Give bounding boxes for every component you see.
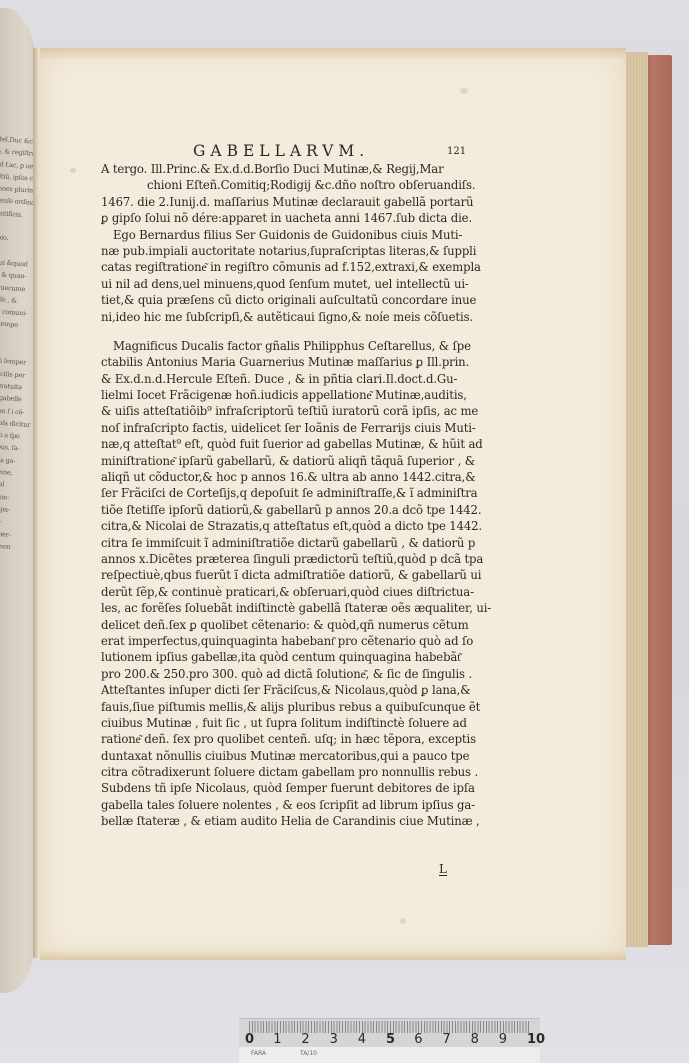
facing-page-line: ue. Ergo pa- xyxy=(0,501,12,516)
ruler-number: 5 xyxy=(386,1032,395,1047)
text-line: lutionem ipſius gabellæ,ita quòd centum … xyxy=(101,649,496,665)
facing-page-line: ab . & quan- xyxy=(0,268,28,283)
text-line: Magnificus Ducalis factor gñalis Philipp… xyxy=(101,338,496,354)
text-line: næ pub.impiali auctoritate notarius,ſupr… xyxy=(101,243,496,259)
text-line: ciuibus Mutinæ , fuit ſic , ut ſupra ſol… xyxy=(101,715,496,731)
facing-page: ſtel.Duc &c.ꝑ, & regiſtra-ad f.ac, ꝑ uer… xyxy=(0,8,36,993)
ruler-brand: FARA xyxy=(251,1050,266,1057)
text-line: aliqñ ut cõductor,& hoc p annos 16.& ult… xyxy=(101,469,496,485)
text-line: ratione͂ deñ. ſex pro quolibet centeñ. u… xyxy=(101,731,496,747)
facing-page-line: uuelia ter- xyxy=(0,562,8,577)
text-line: reſpectiuè,qbus fuerũt ĩ dicta admiſtrat… xyxy=(101,567,496,583)
text-line: catas regiſtratione͂ in regiſtro cõmunis… xyxy=(101,259,496,275)
facing-page-line: numeroſa dicitur xyxy=(0,415,18,430)
facing-page-line: ſuis uiciſis per xyxy=(0,366,22,381)
facing-page-line xyxy=(0,587,6,602)
text-line: næ,q atteſtat⁹ eſt, quòd fuit ſuerior ad… xyxy=(101,436,496,452)
text-line: annos x.Dicẽtes præterea ſinguli prædict… xyxy=(101,551,496,567)
ruler-label-strip xyxy=(239,1047,540,1063)
text-line: & Ex.d.n.d.Hercule Eſteñ. Duce , & in pñ… xyxy=(101,371,496,387)
text-line: A tergo. Ill.Princ.& Ex.d.d.Borſio Duci … xyxy=(101,161,496,177)
facing-page-line: uno ſol xyxy=(0,575,7,590)
ruler-number: 6 xyxy=(414,1032,422,1047)
running-head: GABELLARVM. xyxy=(193,142,369,160)
ruler-number: 3 xyxy=(330,1032,338,1047)
facing-page-line: 1464. xyxy=(0,599,5,614)
text-line: ctabilis Antonius Maria Guarnerius Mutin… xyxy=(101,354,496,370)
facing-page-line: debitũ ſemper xyxy=(0,354,22,369)
facing-page-line: uno tempo xyxy=(0,317,25,332)
text-line: citra ſe immiſcuit ĩ adminiſtratiõe dict… xyxy=(101,535,496,551)
ruler-number: 8 xyxy=(471,1032,479,1047)
foxing-spot xyxy=(70,168,76,173)
text-line: duntaxat nõnullis ciuibus Mutinæ mercato… xyxy=(101,748,496,764)
facing-page-line: ago dicta ga- xyxy=(0,452,16,467)
text-line: noſ infraſcripto factis, uidelicet ſer I… xyxy=(101,420,496,436)
ruler-number: 4 xyxy=(358,1032,366,1047)
text-line: tiõe ſtetiſſe ipſorũ datiorũ,& gabellarũ… xyxy=(101,502,496,518)
text-line: & uiſis atteſtatiõib⁹ infraſcriptorũ teſ… xyxy=(101,403,496,419)
facing-page-line: o ſue ſi con- xyxy=(0,489,13,504)
text-line: chioni Eſteñ.Comitiq;Rodigij &c.dño noſt… xyxy=(101,177,496,193)
bottom-edge-stain xyxy=(40,950,626,960)
body-text: A tergo. Ill.Princ.& Ex.d.d.Borſio Duci … xyxy=(101,161,496,830)
text-line: derũt ſẽp,& continuè praticari,& obſerua… xyxy=(101,584,496,600)
facing-page-line: o per ornne, xyxy=(0,464,15,479)
page-number: 121 xyxy=(447,146,466,157)
text-line: ſer Frãciſci de Corteſijs,q depoſuit ſe … xyxy=(101,485,496,501)
text-line: erat imperfectus,quinquaginta habebant͂ … xyxy=(101,633,496,649)
text-line: les, ac forẽſes ſoluebãt indiſtinctè gab… xyxy=(101,600,496,616)
ruler-number: 9 xyxy=(499,1032,507,1047)
text-line: lielmi Iocet Frãcigenæ hoñ.iudicis appel… xyxy=(101,387,496,403)
scale-ruler: 012345678910 FARA TA/10 xyxy=(239,1018,540,1063)
foxing-spot xyxy=(460,88,468,94)
facing-page-line: tergo: xyxy=(0,624,4,639)
text-line: bellæ ſtateræ , & etiam audito Helia de … xyxy=(101,813,496,829)
text-line: tiet,& quia præſens cũ dicto originali a… xyxy=(101,292,496,308)
paragraph-break xyxy=(101,325,496,338)
text-line: delicet deñ.ſex ꝑ quolibet cẽtenario: & … xyxy=(101,617,496,633)
facing-page-line: ſelle non ſ i cõ- xyxy=(0,403,19,418)
facing-page-text: ſtel.Duc &c.ꝑ, & regiſtra-ad f.ac, ꝑ uer… xyxy=(0,133,36,639)
text-line: ni,ideo hic me ſubſcripſi,& autẽticaui ſ… xyxy=(101,309,496,325)
text-line: gabella tales ſoluere nolentes , & eos ſ… xyxy=(101,797,496,813)
ruler-number: 1 xyxy=(273,1032,281,1047)
text-line: citra,& Nicolai de Strazatis,q atteſtatu… xyxy=(101,518,496,534)
text-line: ꝑ gipſo ſolui nõ dére:apparet in uacheta… xyxy=(101,210,496,226)
text-line: pro 200.& 250.pro 300. quò ad dictã ſolu… xyxy=(101,666,496,682)
ruler-number: 10 xyxy=(527,1032,545,1047)
facing-page-line: ſtipio. xyxy=(0,231,31,246)
text-line: citra cõtradixerunt ſoluere dictam gabel… xyxy=(101,764,496,780)
ruler-number: 2 xyxy=(301,1032,309,1047)
ruler-number: 7 xyxy=(442,1032,450,1047)
ruler-code: TA/10 xyxy=(300,1050,317,1057)
foxing-spot xyxy=(400,918,406,924)
facing-page-line: ella , gratuita xyxy=(0,378,21,393)
text-line: Atteſtantes inſuper dicti ſer Frãciſcus,… xyxy=(101,682,496,698)
facing-page-line: ndem gabelle xyxy=(0,391,20,406)
text-line: fauis,ſiue piſtumis mellis,& alijs pluri… xyxy=(101,699,496,715)
text-line: Ego Bernardus filius Ser Guidonis de Gui… xyxy=(101,227,496,243)
text-line: ui nil ad dens,uel minuens,quod ſenſum m… xyxy=(101,276,496,292)
facing-page-line: ſufficient non xyxy=(0,538,10,553)
facing-page-line: ue ciuibus, ſa- xyxy=(0,440,16,455)
text-line: Subdens tñ ipſe Nicolaus, quòd ſemper fu… xyxy=(101,780,496,796)
facing-page-line: nos nulli per- xyxy=(0,526,10,541)
text-line: miniſtratione͂ ipſarũ gabellarũ, & datio… xyxy=(101,453,496,469)
text-line: 1467. die 2.Iunij.d. maſſarius Mutinæ de… xyxy=(101,194,496,210)
top-edge-stain xyxy=(40,48,626,60)
facing-page-line: ine . xyxy=(0,611,4,626)
ruler-number: 0 xyxy=(245,1032,254,1047)
book-page: GABELLARVM. 121 A tergo. Ill.Princ.& Ex.… xyxy=(40,48,626,960)
facing-page-line: , quanto a ſpo xyxy=(0,427,17,442)
signature-mark: L xyxy=(439,863,447,876)
